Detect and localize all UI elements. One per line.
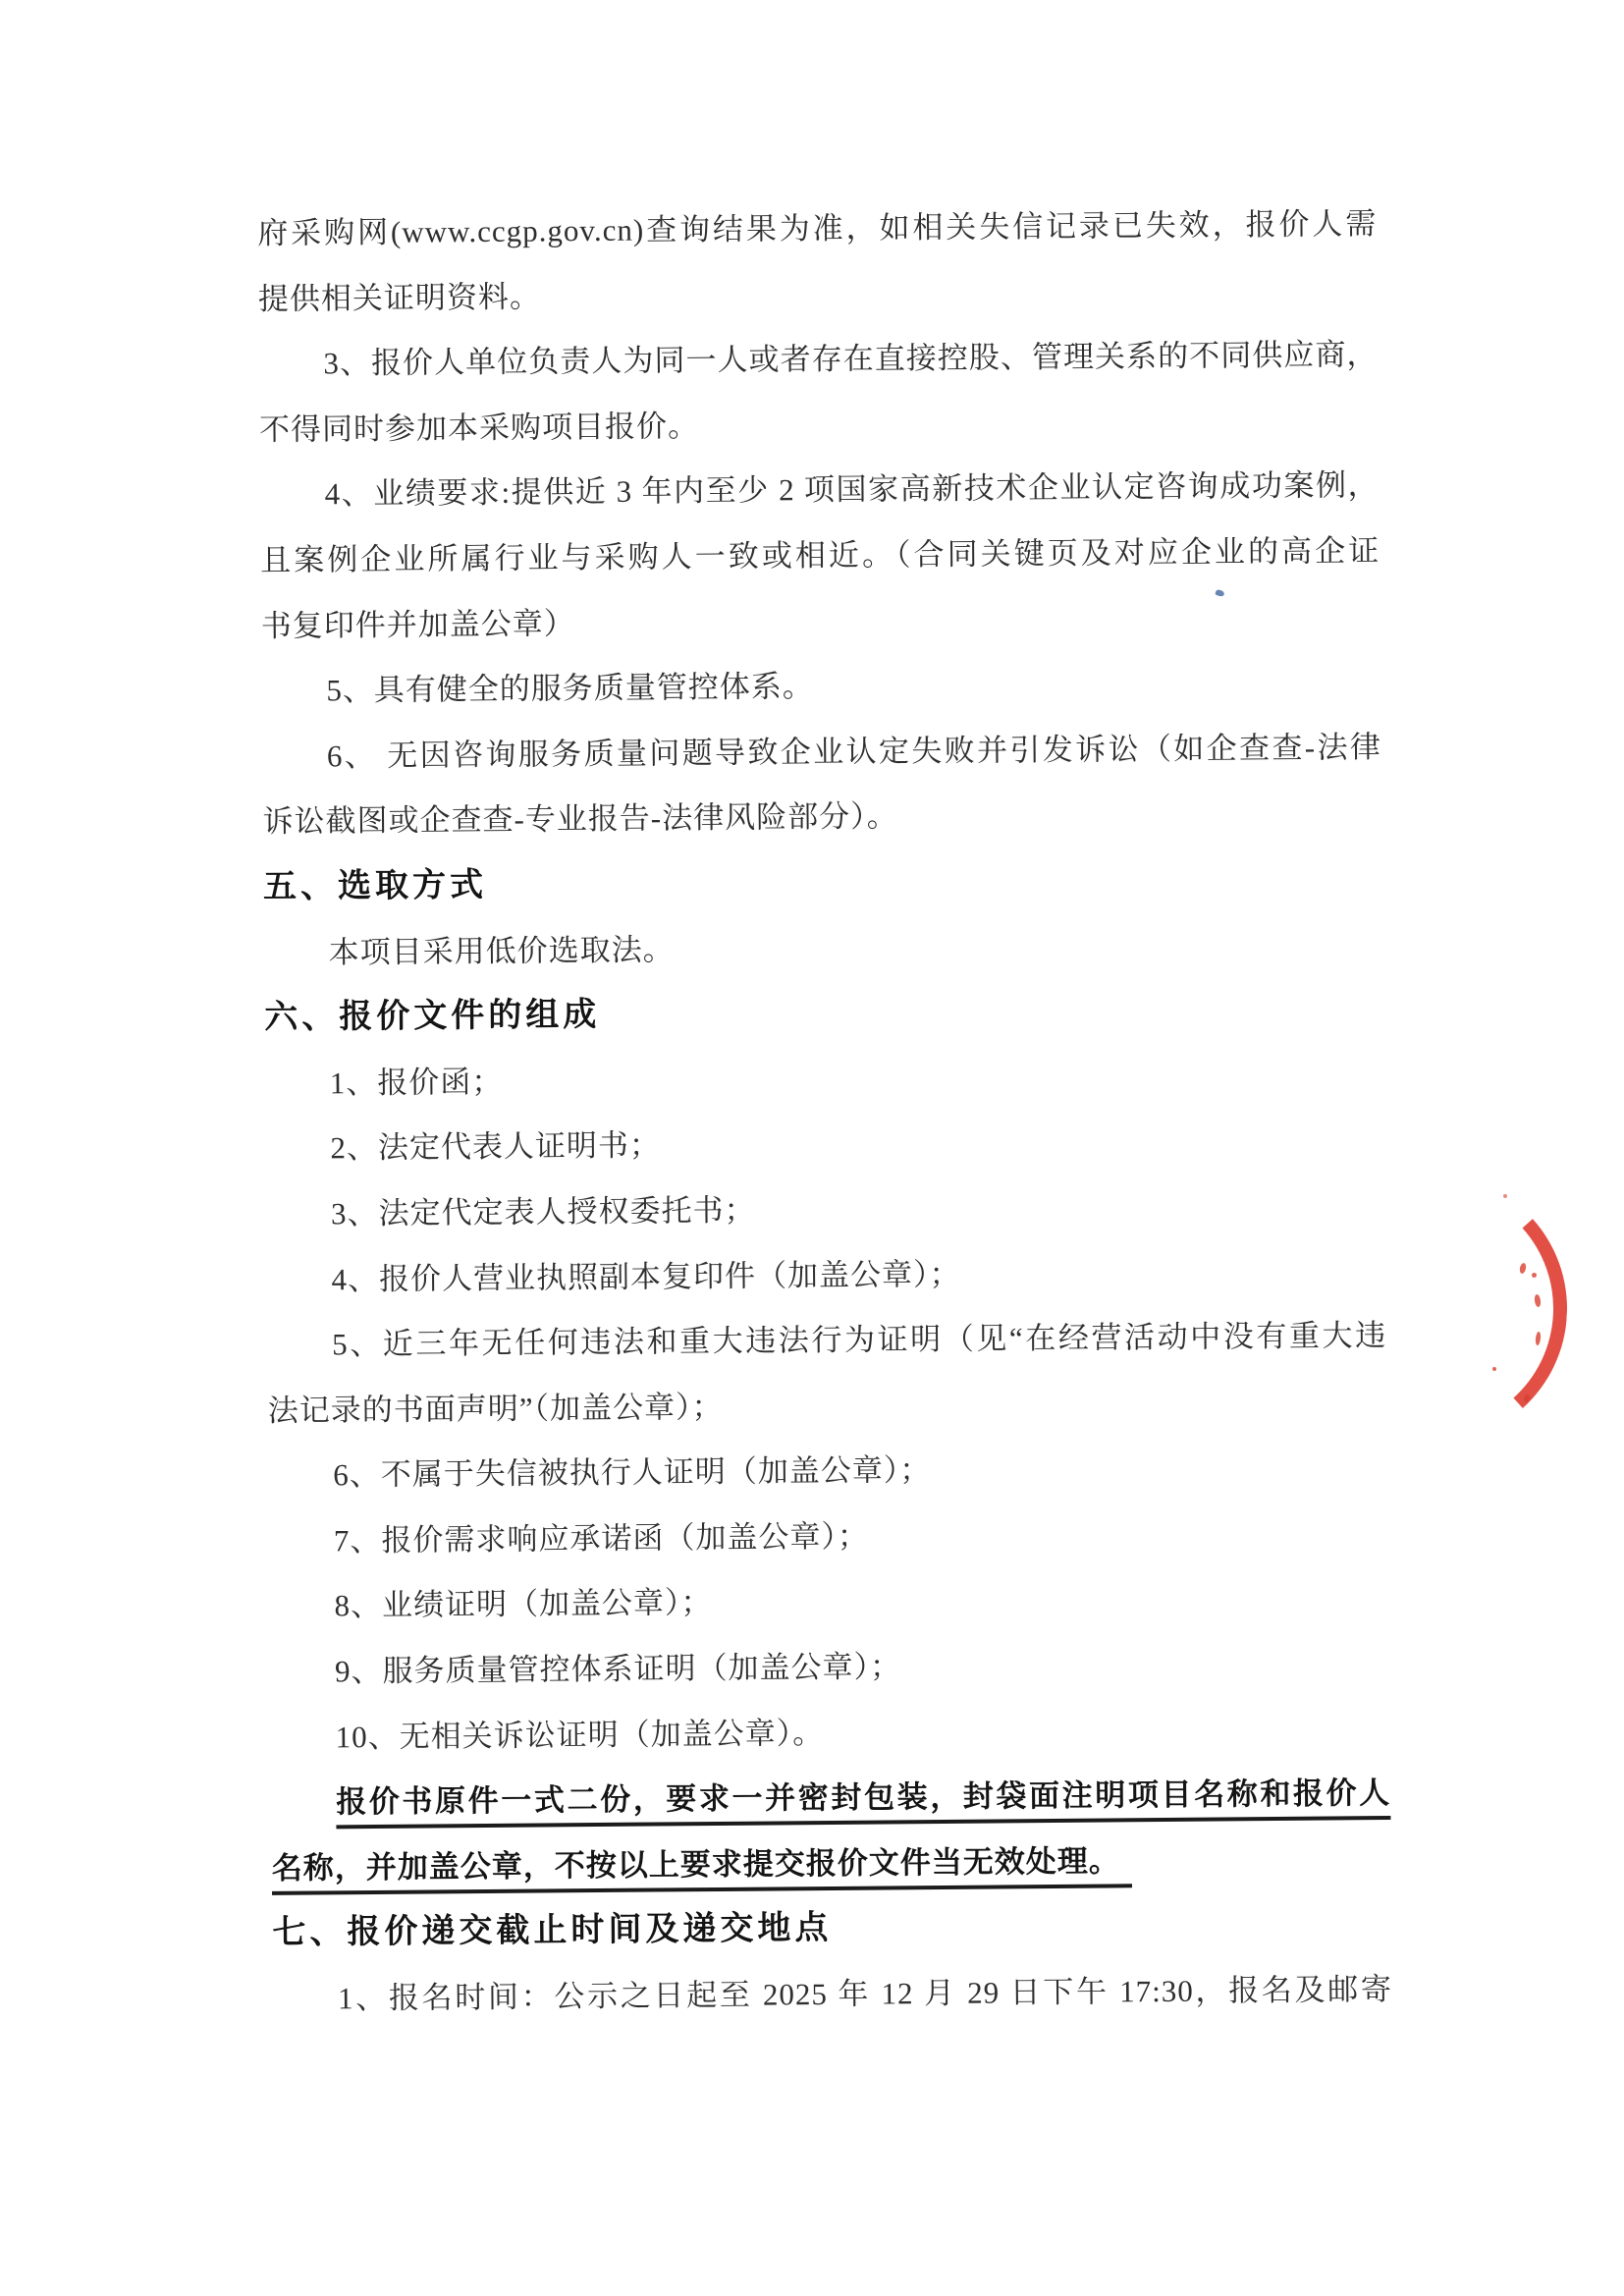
doc-line-06: 且案例企业所属行业与采购人一致或相近。（合同关键页及对应企业的高企证	[260, 519, 1380, 594]
doc-line-07: 书复印件并加盖公章）	[260, 584, 1380, 660]
doc-line-04: 不得同时参加本采购项目报价。	[259, 388, 1380, 464]
doc-line-28: 1、报名时间：公示之日起至 2025 年 12 月 29 日下午 17:30，报…	[273, 1957, 1393, 2033]
doc-line-22: 8、业绩证明（加盖公章）；	[269, 1564, 1389, 1640]
section-heading-5-selection-method: 五、选取方式	[263, 846, 1383, 921]
doc-line-20: 6、不属于失信被执行人证明（加盖公章）；	[268, 1434, 1388, 1509]
doc-line-02: 提供相关证明资料。	[258, 257, 1379, 333]
doc-line-05: 4、业绩要求:提供近 3 年内至少 2 项国家高新技术企业认定咨询成功案例，	[259, 453, 1380, 528]
notice-line-2: 名称，并加盖公章，不按以上要求提交报价文件当无效处理。	[272, 1827, 1392, 1902]
doc-line-16: 3、法定代定表人授权委托书；	[266, 1173, 1386, 1248]
red-seal-speck	[1523, 1394, 1531, 1403]
doc-line-23: 9、服务质量管控体系证明（加盖公章）；	[270, 1630, 1390, 1706]
doc-line-10: 诉讼截图或企查查-专业报告-法律风险部分）。	[262, 780, 1382, 855]
doc-line-15: 2、法定代表人证明书；	[265, 1107, 1385, 1182]
red-seal-speck	[1503, 1194, 1507, 1198]
document-page: 府采购网(www.ccgp.gov.cn)查询结果为准，如相关失信记录已失效，报…	[0, 0, 1624, 2296]
notice-line-1: 报价书原件一式二份，要求一并密封包装，封袋面注明项目名称和报价人	[271, 1761, 1391, 1836]
document-text-block: 府采购网(www.ccgp.gov.cn)查询结果为准，如相关失信记录已失效，报…	[257, 191, 1392, 2033]
red-seal-speck	[1532, 1273, 1537, 1278]
red-seal-speck	[1492, 1367, 1496, 1371]
doc-line-01: 府采购网(www.ccgp.gov.cn)查询结果为准，如相关失信记录已失效，报…	[257, 191, 1378, 267]
doc-line-24: 10、无相关诉讼证明（加盖公章）。	[270, 1696, 1390, 1772]
underlined-text: 报价书原件一式二份，要求一并密封包装，封袋面注明项目名称和报价人	[336, 1776, 1390, 1829]
underlined-text: 名称，并加盖公章，不按以上要求提交报价文件当无效处理。	[272, 1843, 1132, 1895]
doc-line-21: 7、报价需求响应承诺函（加盖公章）；	[269, 1500, 1389, 1575]
doc-line-18: 5、近三年无任何违法和重大违法行为证明（见“在经营活动中没有重大违	[267, 1303, 1387, 1379]
doc-line-03: 3、报价人单位负责人为同一人或者存在直接控股、管理关系的不同供应商，	[258, 322, 1379, 398]
doc-line-09: 6、 无因咨询服务质量问题导致企业认定失败并引发诉讼（如企查查-法律	[262, 715, 1382, 791]
doc-line-12: 本项目采用低价选取法。	[263, 911, 1383, 987]
doc-line-08: 5、具有健全的服务质量管控体系。	[261, 649, 1381, 725]
doc-line-14: 1、报价函；	[265, 1042, 1385, 1118]
doc-line-19: 法记录的书面声明”（加盖公章）；	[267, 1369, 1387, 1445]
section-heading-6-quote-file-composition: 六、报价文件的组成	[264, 976, 1384, 1052]
section-heading-7-submission-deadline: 七、报价递交截止时间及递交地点	[272, 1891, 1392, 1967]
doc-line-17: 4、报价人营业执照副本复印件（加盖公章）；	[266, 1238, 1386, 1314]
